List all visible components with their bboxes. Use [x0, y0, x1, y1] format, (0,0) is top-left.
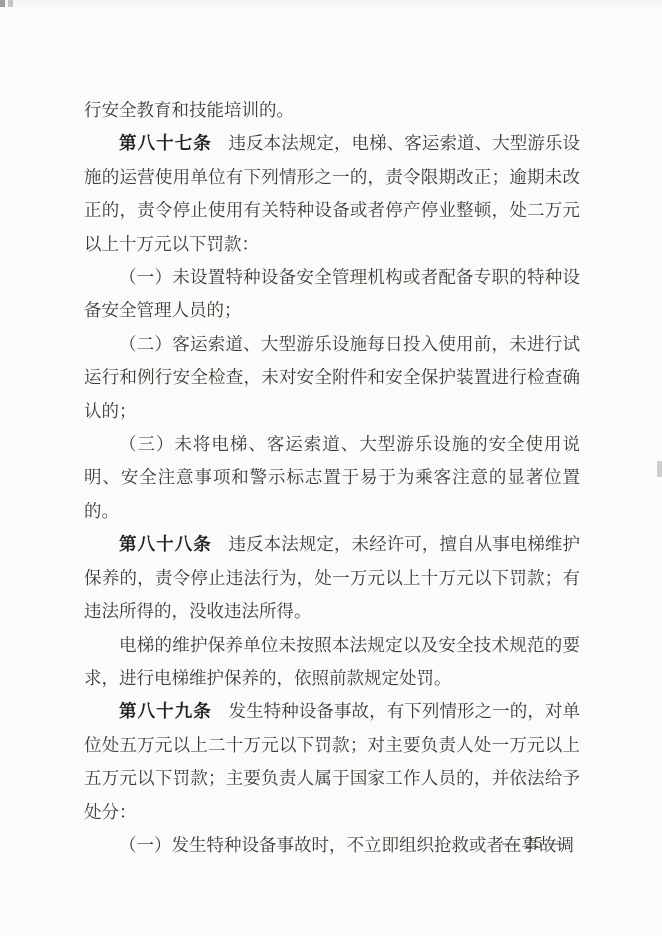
- article-number: 第八十九条: [119, 701, 212, 721]
- paragraph-continuation: 行安全教育和技能培训的。: [84, 94, 580, 127]
- paragraph-text: 行安全教育和技能培训的。: [84, 100, 294, 120]
- paragraph-text: （二）客运索道、大型游乐设施每日投入使用前，未进行试运行和例行安全检查，未对安全…: [84, 334, 580, 421]
- paragraph-article-89: 第八十九条发生特种设备事故，有下列情形之一的，对单位处五万元以上二十万元以下罚款…: [84, 695, 580, 829]
- document-page: 行安全教育和技能培训的。 第八十七条违反本法规定，电梯、客运索道、大型游乐设施的…: [0, 0, 662, 936]
- article-number: 第八十八条: [119, 534, 212, 554]
- paragraph-text: 电梯的维护保养单位未按照本法规定以及安全技术规范的要求，进行电梯维护保养的，依照…: [84, 635, 580, 688]
- paragraph-item-1: （一）未设置特种设备安全管理机构或者配备专职的特种设备安全管理人员的；: [84, 261, 580, 328]
- scan-artifact-right-edge: [657, 461, 662, 477]
- page-number: — 25 —: [502, 833, 566, 852]
- article-number: 第八十七条: [119, 133, 212, 153]
- paragraph-text: （三）未将电梯、客运索道、大型游乐设施的安全使用说明、安全注意事项和警示标志置于…: [84, 434, 580, 521]
- paragraph-text: （一）未设置特种设备安全管理机构或者配备专职的特种设备安全管理人员的；: [84, 267, 580, 320]
- paragraph-article-88-clause-2: 电梯的维护保养单位未按照本法规定以及安全技术规范的要求，进行电梯维护保养的，依照…: [84, 629, 580, 696]
- document-body: 行安全教育和技能培训的。 第八十七条违反本法规定，电梯、客运索道、大型游乐设施的…: [84, 94, 580, 862]
- paragraph-article-88: 第八十八条违反本法规定，未经许可，擅自从事电梯维护保养的，责令停止违法行为，处一…: [84, 528, 580, 628]
- paragraph-item-3: （三）未将电梯、客运索道、大型游乐设施的安全使用说明、安全注意事项和警示标志置于…: [84, 428, 580, 528]
- page-footer: — 25 —: [502, 833, 566, 853]
- paragraph-article-87: 第八十七条违反本法规定，电梯、客运索道、大型游乐设施的运营使用单位有下列情形之一…: [84, 127, 580, 261]
- scan-artifact-top-left: [0, 0, 5, 7]
- paragraph-item-2: （二）客运索道、大型游乐设施每日投入使用前，未进行试运行和例行安全检查，未对安全…: [84, 328, 580, 428]
